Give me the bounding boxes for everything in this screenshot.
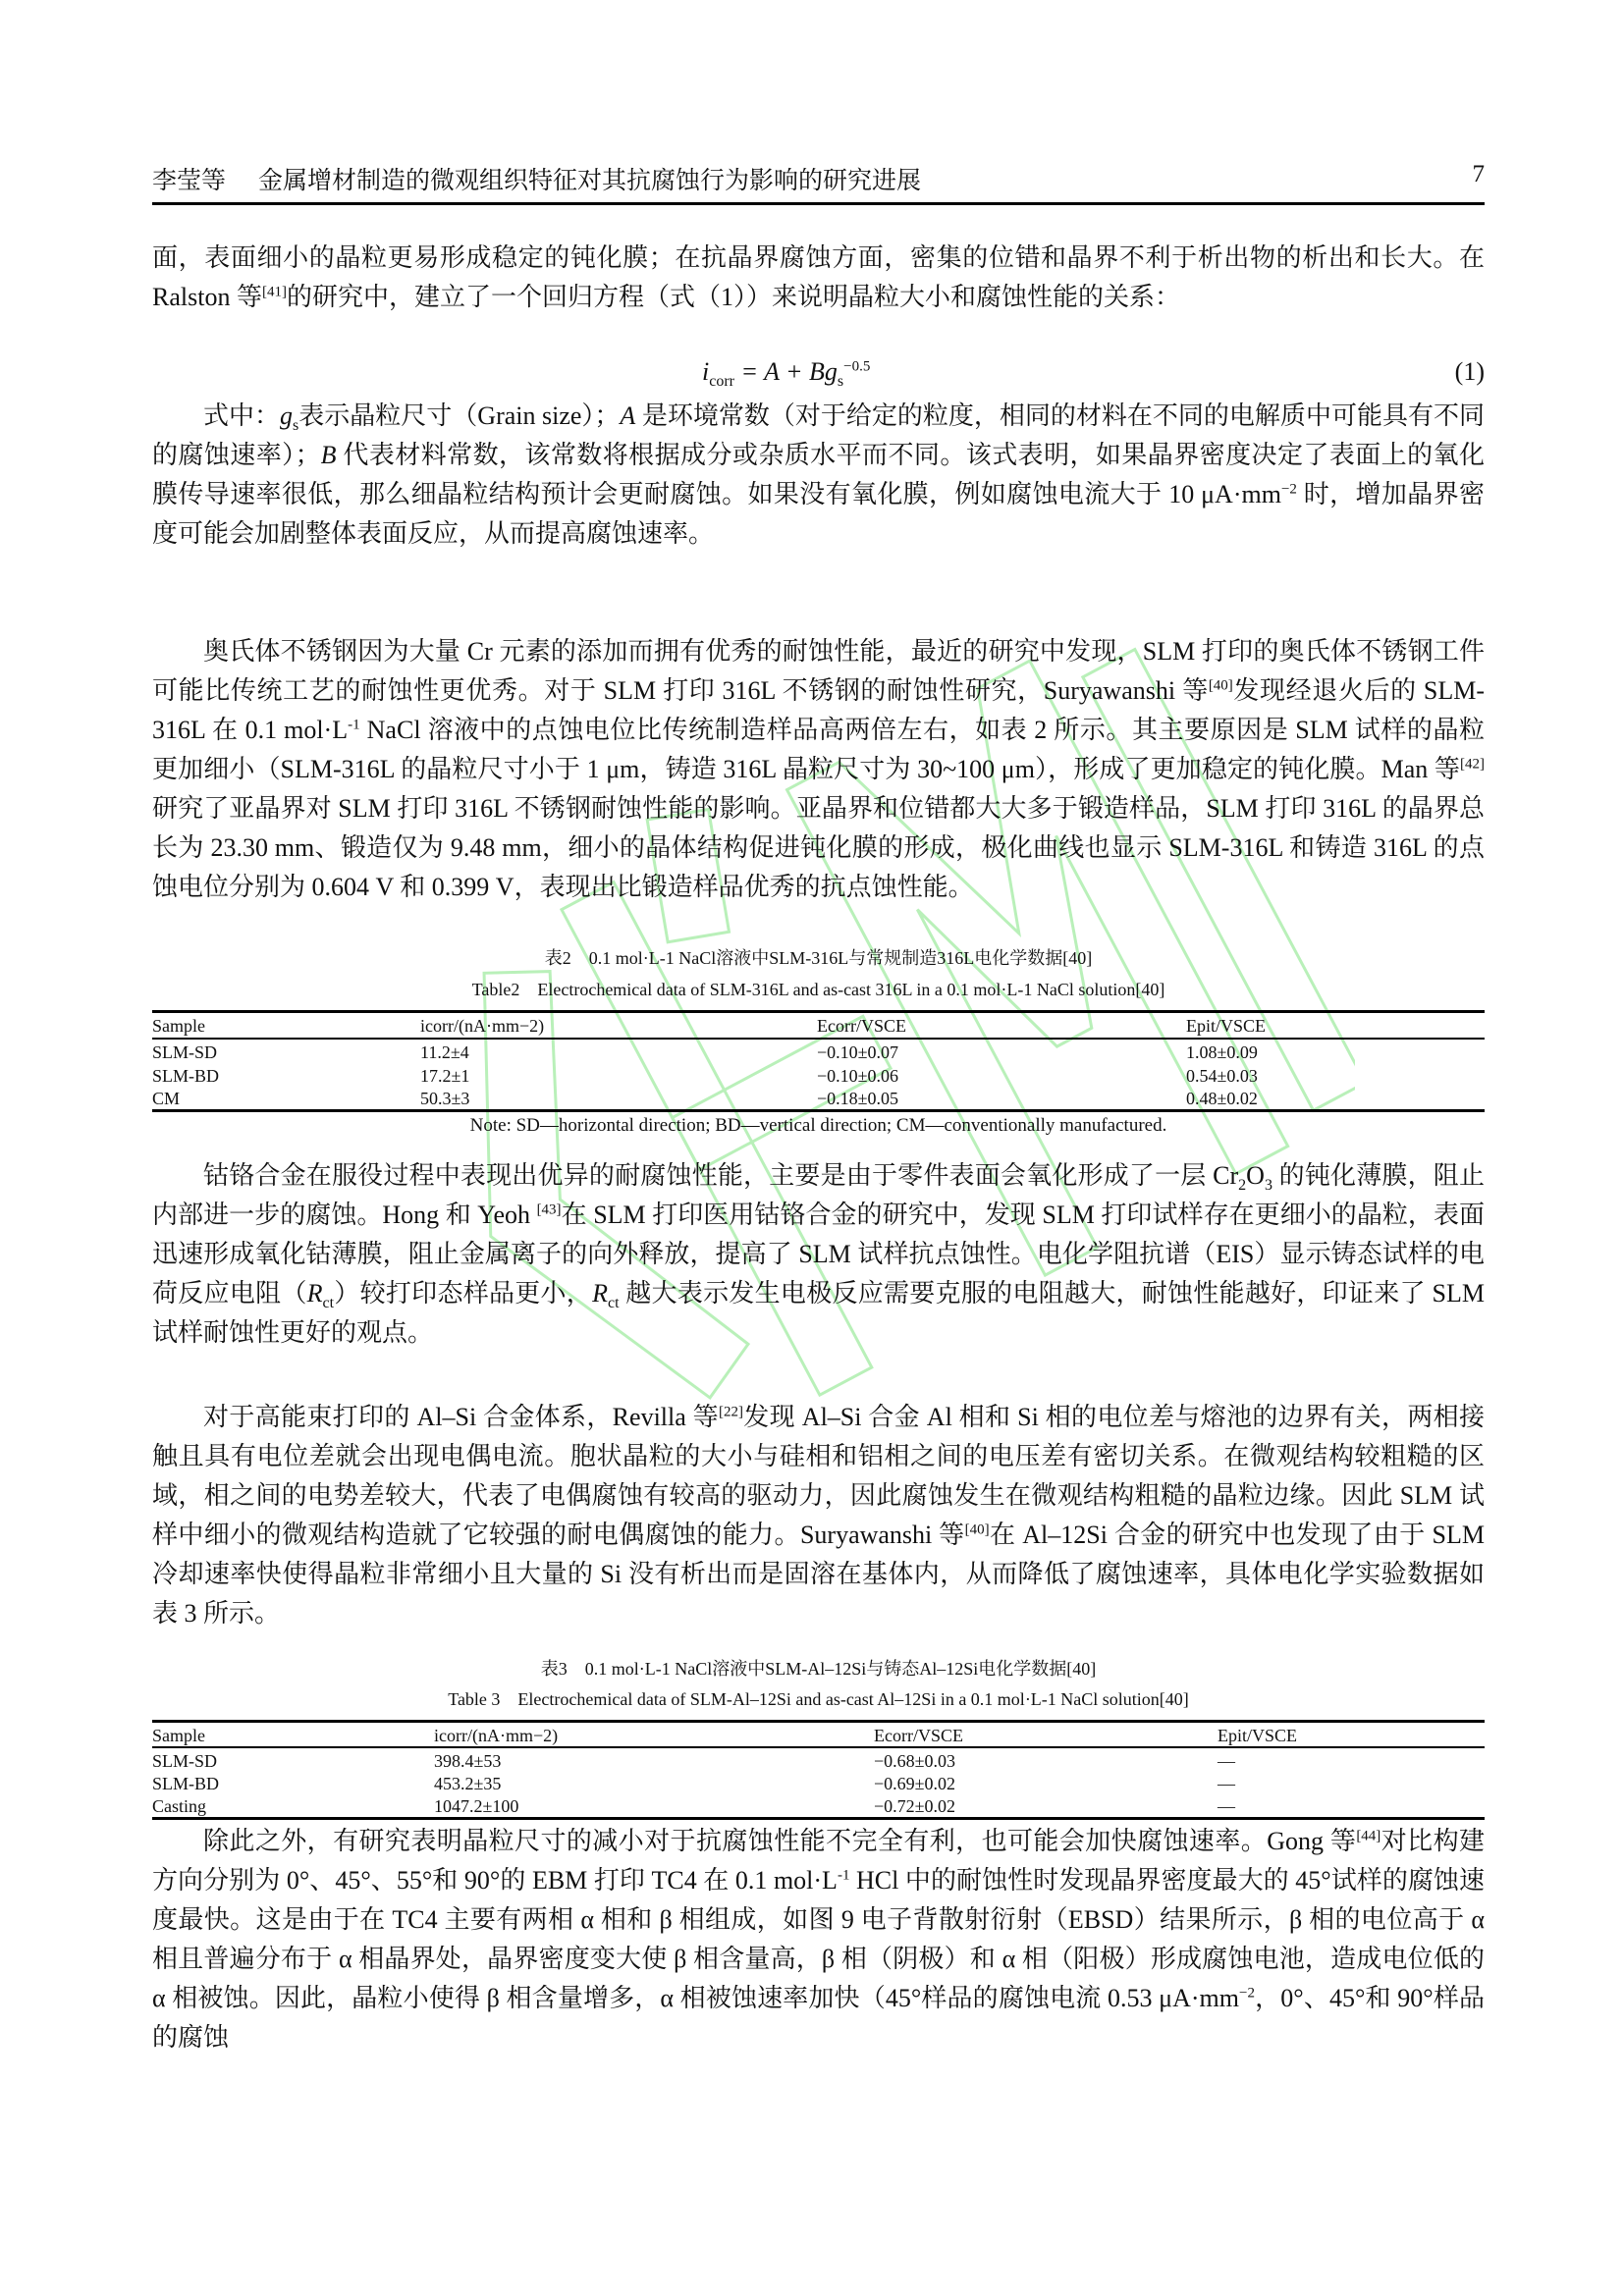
text-span: 能的关系： (1053, 283, 1180, 311)
citation-ref[interactable]: [41] (262, 284, 287, 299)
table-cell: SLM-BD (152, 1065, 219, 1087)
table-cell: CM (152, 1088, 180, 1109)
paragraph-5: 对于高能束打印的 Al–Si 合金体系，Revilla 等[22]发现 Al–S… (152, 1398, 1485, 1633)
paper-page: 李莹等 金属增材制造的微观组织特征对其抗腐蚀行为影响的研究进展 7 面，表面细小… (0, 0, 1624, 2296)
text-span: 的研究中，建立了一个回归方程（式（1））来说明晶粒大小和腐蚀性 (287, 283, 1053, 311)
table-header-cell: Ecorr/VSCE (817, 1015, 906, 1037)
table-header-rule (152, 1038, 1485, 1040)
table-cell: −0.69±0.02 (874, 1773, 955, 1794)
table-cell: −0.10±0.06 (817, 1065, 898, 1087)
table-cell: SLM-SD (152, 1041, 217, 1063)
paragraph-6: 除此之外，有研究表明晶粒尺寸的减小对于抗腐蚀性能不完全有利，也可能会加快腐蚀速率… (152, 1822, 1485, 2057)
table-cell: Casting (152, 1795, 206, 1817)
table-header-rule (152, 1746, 1485, 1748)
table-3: Sample icorr/(nA·mm−2) Ecorr/VSCE Epit/V… (152, 1720, 1485, 1822)
table-cell: 17.2±1 (420, 1065, 469, 1087)
paragraph-3: 奥氏体不锈钢因为大量 Cr 元素的添加而拥有优秀的耐蚀性能，最近的研究中发现，S… (152, 632, 1485, 907)
paragraph-4: 钴铬合金在服役过程中表现出优异的耐腐蚀性能，主要是由于零件表面会氧化形成了一层 … (152, 1156, 1485, 1353)
citation-ref[interactable]: [43] (537, 1201, 562, 1217)
equation-expression: icorr = A + Bgs−0.5 (702, 357, 870, 387)
table-header-cell: icorr/(nA·mm−2) (434, 1725, 558, 1746)
table-cell: 0.48±0.02 (1186, 1088, 1258, 1109)
table-top-rule (152, 1720, 1485, 1723)
equation-number: (1) (1455, 357, 1485, 387)
table-2: Sample icorr/(nA·mm−2) Ecorr/VSCE Epit/V… (152, 1010, 1485, 1114)
header-authors: 李莹等 (152, 161, 226, 196)
table-header-cell: Epit/VSCE (1186, 1015, 1266, 1037)
table2-caption-cn: 表2 0.1 mol·L-1 NaCl溶液中SLM-316L与常规制造316L电… (152, 944, 1485, 970)
table-header-cell: Sample (152, 1015, 205, 1037)
table-cell: SLM-BD (152, 1773, 219, 1794)
table-cell: SLM-SD (152, 1750, 217, 1772)
table-cell: −0.68±0.03 (874, 1750, 955, 1772)
table-header-cell: Sample (152, 1725, 205, 1746)
table-cell: 11.2±4 (420, 1041, 469, 1063)
table2-caption-en: Table2 Electrochemical data of SLM-316L … (152, 976, 1485, 1001)
page-number: 7 (1473, 161, 1486, 188)
table-cell: −0.72±0.02 (874, 1795, 955, 1817)
header-title: 金属增材制造的微观组织特征对其抗腐蚀行为影响的研究进展 (258, 161, 921, 196)
citation-ref[interactable]: [22] (719, 1404, 743, 1419)
table2-note: Note: SD—horizontal direction; BD—vertic… (152, 1115, 1485, 1137)
table-cell: 398.4±53 (434, 1750, 501, 1772)
table-header-cell: Epit/VSCE (1218, 1725, 1297, 1746)
text-span: 面，表面细小的晶粒更易形成稳定的钝化膜；在抗晶界腐蚀方面，密集的位错和晶界不利于… (152, 243, 1302, 272)
table-bottom-rule (152, 1109, 1485, 1112)
citation-ref[interactable]: [44] (1356, 1828, 1380, 1843)
table-cell: — (1218, 1750, 1235, 1772)
table-cell: 453.2±35 (434, 1773, 501, 1794)
paragraph-1: 面，表面细小的晶粒更易形成稳定的钝化膜；在抗晶界腐蚀方面，密集的位错和晶界不利于… (152, 239, 1485, 317)
table-cell: — (1218, 1773, 1235, 1794)
citation-ref[interactable]: [40] (1209, 677, 1233, 693)
equation-1: icorr = A + Bgs−0.5 (1) (152, 355, 1485, 395)
table-bottom-rule (152, 1817, 1485, 1820)
table-cell: 1047.2±100 (434, 1795, 518, 1817)
header-divider (152, 202, 1485, 205)
table-cell: −0.10±0.07 (817, 1041, 898, 1063)
table-top-rule (152, 1010, 1485, 1013)
paragraph-2: 式中：gs表示晶粒尺寸（Grain size）；A 是环境常数（对于给定的粒度，… (152, 397, 1485, 554)
table-cell: 1.08±0.09 (1186, 1041, 1258, 1063)
table-header-cell: Ecorr/VSCE (874, 1725, 963, 1746)
table-cell: −0.18±0.05 (817, 1088, 898, 1109)
table3-caption-cn: 表3 0.1 mol·L-1 NaCl溶液中SLM-Al–12Si与铸态Al–1… (152, 1655, 1485, 1681)
table-header-cell: icorr/(nA·mm−2) (420, 1015, 544, 1037)
citation-ref[interactable]: [42] (1460, 756, 1485, 772)
citation-ref[interactable]: [40] (965, 1522, 990, 1537)
table-cell: 50.3±3 (420, 1088, 469, 1109)
running-header: 李莹等 金属增材制造的微观组织特征对其抗腐蚀行为影响的研究进展 7 (152, 161, 1485, 200)
table3-caption-en: Table 3 Electrochemical data of SLM-Al–1… (152, 1685, 1485, 1711)
table-cell: — (1218, 1795, 1235, 1817)
table-cell: 0.54±0.03 (1186, 1065, 1258, 1087)
